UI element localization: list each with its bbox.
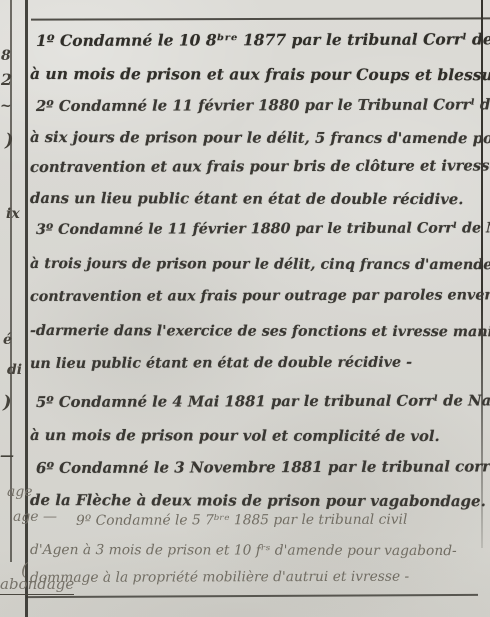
entry-line: contravention et aux frais pour outrage … <box>30 279 488 314</box>
overflow-word-fragment: age <box>7 484 33 500</box>
margin-fragment: ) <box>5 130 14 151</box>
entry-line: à un mois de prison et aux frais pour Co… <box>30 57 488 91</box>
margin-fragment: — <box>0 448 14 464</box>
entry-line: d'Agen à 3 mois de prison et 10 fʳˢ d'am… <box>30 536 488 566</box>
entry-3: 3º Condamné le 11 février 1880 par le tr… <box>30 214 488 382</box>
entry-2: 2º Condamné le 11 février 1880 par le Tr… <box>30 92 488 214</box>
margin-fragment: 2 <box>1 70 12 89</box>
entry-line: dans un lieu public étant en état de dou… <box>30 184 488 216</box>
margin-fragment: ) <box>3 392 12 413</box>
entry-line: à trois jours de prison pour le délit, c… <box>30 248 488 283</box>
entry-line: 2º Condamné le 11 février 1880 par le Tr… <box>30 90 488 122</box>
entry-line: contravention et aux frais pour bris de … <box>30 151 488 183</box>
entry-line: -darmerie dans l'exercice de ses fonctio… <box>30 315 488 350</box>
entry-line: 1º Condamné le 10 8ᵇʳᵉ 1877 par le tribu… <box>30 22 488 57</box>
margin-fragment: ix <box>6 206 20 222</box>
bottom-rule <box>26 594 478 598</box>
entry-line: 5º Condamné le 4 Mai 1881 par le tribuna… <box>30 384 488 419</box>
margin-fragment: 8 <box>1 48 11 64</box>
margin-fragment: di <box>7 362 22 378</box>
top-rule <box>31 17 490 20</box>
entry-line: un lieu public étant en état de double r… <box>30 346 488 381</box>
entry-1: 1º Condamné le 10 8ᵇʳᵉ 1877 par le tribu… <box>30 24 488 90</box>
entry-9: 9º Condamné le 5 7ᵇʳᵉ 1885 par le tribun… <box>30 507 488 593</box>
entry-5: 5º Condamné le 4 Mai 1881 par le tribuna… <box>30 386 488 452</box>
entry-line: 6º Condamné le 3 Novembre 1881 par le tr… <box>30 450 488 484</box>
entry-line: 3º Condamné le 11 février 1880 par le tr… <box>30 212 488 247</box>
margin-fragment: é <box>3 332 12 348</box>
entry-line: dommage à la propriété mobilière d'autru… <box>30 562 488 592</box>
entry-line: à six jours de prison pour le délit, 5 f… <box>30 123 488 155</box>
entry-line: à un mois de prison pour vol et complici… <box>30 419 488 453</box>
margin-fragment: ~ <box>0 98 12 114</box>
register-page: 8 2 ~ ) ix é di ) — age age — ( abondage… <box>0 0 490 617</box>
entry-line: 9º Condamné le 5 7ᵇʳᵉ 1885 par le tribun… <box>30 505 488 535</box>
